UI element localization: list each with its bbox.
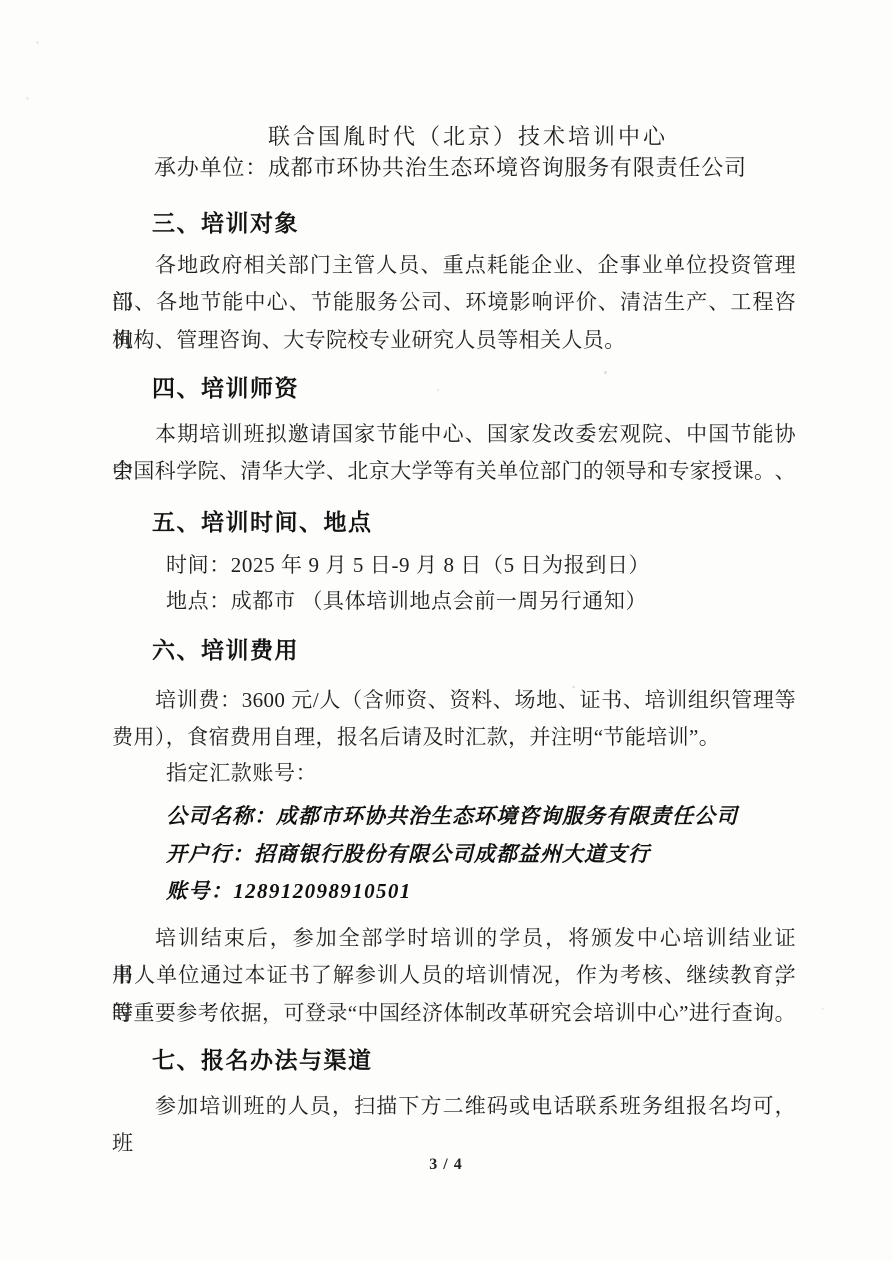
scan-speck xyxy=(437,389,439,391)
scan-speck xyxy=(36,41,39,44)
paragraph-line: 机构、管理咨询、大专院校专业研究人员等相关人员。 xyxy=(112,322,796,359)
section-heading-training-target: 三、培训对象 xyxy=(152,205,299,238)
training-time-line: 时间：2025 年 9 月 5 日-9 月 8 日（5 日为报到日） xyxy=(166,549,650,579)
scanned-document-page: 联合国胤时代（北京）技术培训中心 承办单位：成都市环协共治生态环境咨询服务有限责… xyxy=(0,0,892,1261)
paragraph-certificate: 培训结束后，参加全部学时培训的学员，将颁发中心培训结业证书， 用人单位通过本证书… xyxy=(112,920,796,1032)
scan-speck xyxy=(604,371,607,374)
co-organizer-line: 承办单位：成都市环协共治生态环境咨询服务有限责任公司 xyxy=(154,151,747,182)
paragraph-line: 各地政府相关部门主管人员、重点耗能企业、企事业单位投资管理部 xyxy=(112,247,796,284)
bank-branch-line: 开户行：招商银行股份有限公司成都益州大道支行 xyxy=(166,838,650,868)
page-number: 3 / 4 xyxy=(0,1156,892,1174)
section-heading-training-faculty: 四、培训师资 xyxy=(152,370,299,403)
scan-speck xyxy=(26,97,29,100)
paragraph-line: 培训结束后，参加全部学时培训的学员，将颁发中心培训结业证书， xyxy=(112,920,796,957)
remit-account-label: 指定汇款账号： xyxy=(166,757,317,787)
section-heading-registration: 七、报名办法与渠道 xyxy=(152,1042,373,1075)
section-heading-training-fee: 六、培训费用 xyxy=(152,632,299,665)
bank-company-name-line: 公司名称：成都市环协共治生态环境咨询服务有限责任公司 xyxy=(166,800,738,830)
paragraph-training-faculty: 本期培训班拟邀请国家节能中心、国家发改委宏观院、中国节能协会、 中国科学院、清华… xyxy=(112,416,796,491)
paragraph-line: 门、各地节能中心、节能服务公司、环境影响评价、清洁生产、工程咨询 xyxy=(112,284,796,321)
paragraph-line: 本期培训班拟邀请国家节能中心、国家发改委宏观院、中国节能协会、 xyxy=(112,416,796,453)
paragraph-line: 培训费：3600 元/人（含师资、资料、场地、证书、培训组织管理等 xyxy=(112,682,796,719)
paragraph-line: 用人单位通过本证书了解参训人员的培训情况，作为考核、继续教育学时 xyxy=(112,957,796,994)
bank-account-number-line: 账号：128912098910501 xyxy=(166,875,412,905)
paragraph-registration: 参加培训班的人员，扫描下方二维码或电话联系班务组报名均可，班 xyxy=(112,1088,796,1125)
training-place-line: 地点：成都市 （具体培训地点会前一周另行通知） xyxy=(166,585,647,615)
paragraph-training-target: 各地政府相关部门主管人员、重点耗能企业、企事业单位投资管理部 门、各地节能中心、… xyxy=(112,247,796,359)
paragraph-line: 中国科学院、清华大学、北京大学等有关单位部门的领导和专家授课。 xyxy=(112,453,796,490)
paragraph-training-fee: 培训费：3600 元/人（含师资、资料、场地、证书、培训组织管理等 费用），食宿… xyxy=(112,682,796,757)
paragraph-line: 参加培训班的人员，扫描下方二维码或电话联系班务组报名均可，班 xyxy=(112,1088,796,1125)
training-center-line: 联合国胤时代（北京）技术培训中心 xyxy=(268,120,668,151)
paragraph-line: 费用），食宿费用自理，报名后请及时汇款，并注明“节能培训”。 xyxy=(112,719,796,756)
section-heading-time-place: 五、培训时间、地点 xyxy=(152,504,373,537)
paragraph-line: 等重要参考依据，可登录“中国经济体制改革研究会培训中心”进行查询。 xyxy=(112,995,796,1032)
scan-speck xyxy=(822,1008,824,1010)
